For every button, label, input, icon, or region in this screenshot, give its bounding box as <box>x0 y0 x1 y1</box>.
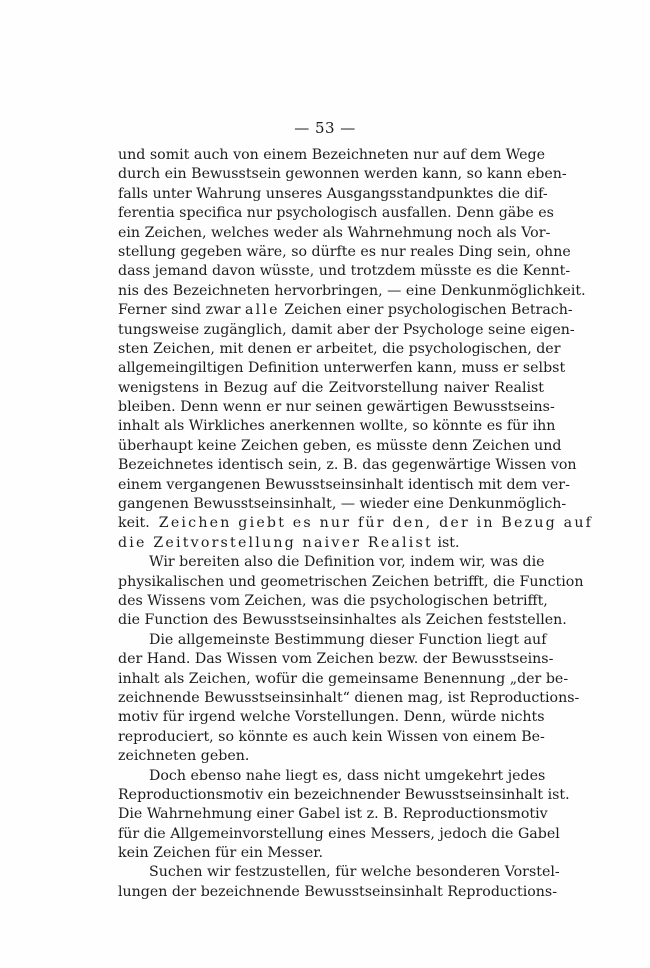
text-line: dass jemand davon wüsste, und trotzdem m… <box>118 262 544 281</box>
text-line: des Wissens vom Zeichen, was die psychol… <box>118 592 544 611</box>
text-line: ein Zeichen, welches weder als Wahrnehmu… <box>118 224 544 243</box>
text-line: motiv für irgend welche Vorstellungen. D… <box>118 708 544 727</box>
text-line: Bezeichnetes identisch sein, z. B. das g… <box>118 456 544 475</box>
text-line: Suchen wir festzustellen, für welche bes… <box>118 863 544 882</box>
emphasis-spaced: Zeichen giebt es nur für den, der in Bez… <box>159 515 593 531</box>
text-line: gangenen Bewusstseinsinhalt, — wieder ei… <box>118 495 544 514</box>
text-line-with-emphasis: die Zeitvorstellung naiver Realist ist. <box>118 534 544 553</box>
text-fragment: keit. <box>118 515 150 531</box>
paragraph-5: Suchen wir festzustellen, für welche bes… <box>118 863 544 902</box>
text-line: Die Wahrnehmung einer Gabel ist z. B. Re… <box>118 805 544 824</box>
text-line: wenigstens in Bezug auf die Zeitvorstell… <box>118 379 544 398</box>
text-line: zeichnende Bewusstseinsinhalt“ dienen ma… <box>118 689 544 708</box>
text-line: nis des Bezeichneten hervorbringen, — ei… <box>118 282 544 301</box>
text-fragment: Zeichen einer psychologischen Betrach- <box>280 302 573 318</box>
text-line: Die allgemeinste Bestimmung dieser Funct… <box>118 631 544 650</box>
text-line: kein Zeichen für ein Messer. <box>118 844 544 863</box>
text-line: einem vergangenen Bewusstseinsinhalt ide… <box>118 476 544 495</box>
text-line: inhalt als Zeichen, wofür die gemeinsame… <box>118 670 544 689</box>
text-line: der Hand. Das Wissen vom Zeichen bezw. d… <box>118 650 544 669</box>
text-line: bleiben. Denn wenn er nur seinen gewärti… <box>118 398 544 417</box>
text-fragment: ist. <box>437 535 459 551</box>
paragraph-1: und somit auch von einem Bezeichneten nu… <box>118 146 544 553</box>
text-line: ferentia specifica nur psychologisch aus… <box>118 204 544 223</box>
paragraph-2: Wir bereiten also die Definition vor, in… <box>118 553 544 631</box>
text-line-with-emphasis: Ferner sind zwar alle Zeichen einer psyc… <box>118 301 544 320</box>
page-number: — 53 — <box>0 119 650 137</box>
text-line: Doch ebenso nahe liegt es, dass nicht um… <box>118 767 544 786</box>
text-line-with-emphasis: keit. Zeichen giebt es nur für den, der … <box>118 514 544 533</box>
text-line: inhalt als Wirkliches anerkennen wollte,… <box>118 417 544 436</box>
book-page: — 53 — und somit auch von einem Bezeichn… <box>0 0 650 968</box>
text-line: und somit auch von einem Bezeichneten nu… <box>118 146 544 165</box>
text-line: sten Zeichen, mit denen er arbeitet, die… <box>118 340 544 359</box>
text-line: allgemeingiltigen Definition unterwerfen… <box>118 359 544 378</box>
text-line: überhaupt keine Zeichen geben, es müsste… <box>118 437 544 456</box>
text-line: stellung gegeben wäre, so dürfte es nur … <box>118 243 544 262</box>
text-fragment: Ferner sind zwar <box>118 302 245 318</box>
body-text: und somit auch von einem Bezeichneten nu… <box>118 146 544 902</box>
emphasis-spaced: alle <box>245 302 280 318</box>
paragraph-4: Doch ebenso nahe liegt es, dass nicht um… <box>118 767 544 864</box>
text-line: Reproductionsmotiv ein bezeichnender Bew… <box>118 786 544 805</box>
text-line: lungen der bezeichnende Bewusstseinsinha… <box>118 883 544 902</box>
text-line: durch ein Bewusstsein gewonnen werden ka… <box>118 165 544 184</box>
text-line: die Function des Bewusstseinsinhaltes al… <box>118 611 544 630</box>
paragraph-3: Die allgemeinste Bestimmung dieser Funct… <box>118 631 544 767</box>
text-line: physikalischen und geometrischen Zeichen… <box>118 573 544 592</box>
text-line: Wir bereiten also die Definition vor, in… <box>118 553 544 572</box>
text-line: falls unter Wahrung unseres Ausgangsstan… <box>118 185 544 204</box>
emphasis-spaced: die Zeitvorstellung naiver Realist <box>118 535 433 551</box>
text-line: tungsweise zugänglich, damit aber der Ps… <box>118 321 544 340</box>
text-line: reproduciert, so könnte es auch kein Wis… <box>118 728 544 747</box>
text-line: für die Allgemeinvorstellung eines Messe… <box>118 825 544 844</box>
text-line: zeichneten geben. <box>118 747 544 766</box>
